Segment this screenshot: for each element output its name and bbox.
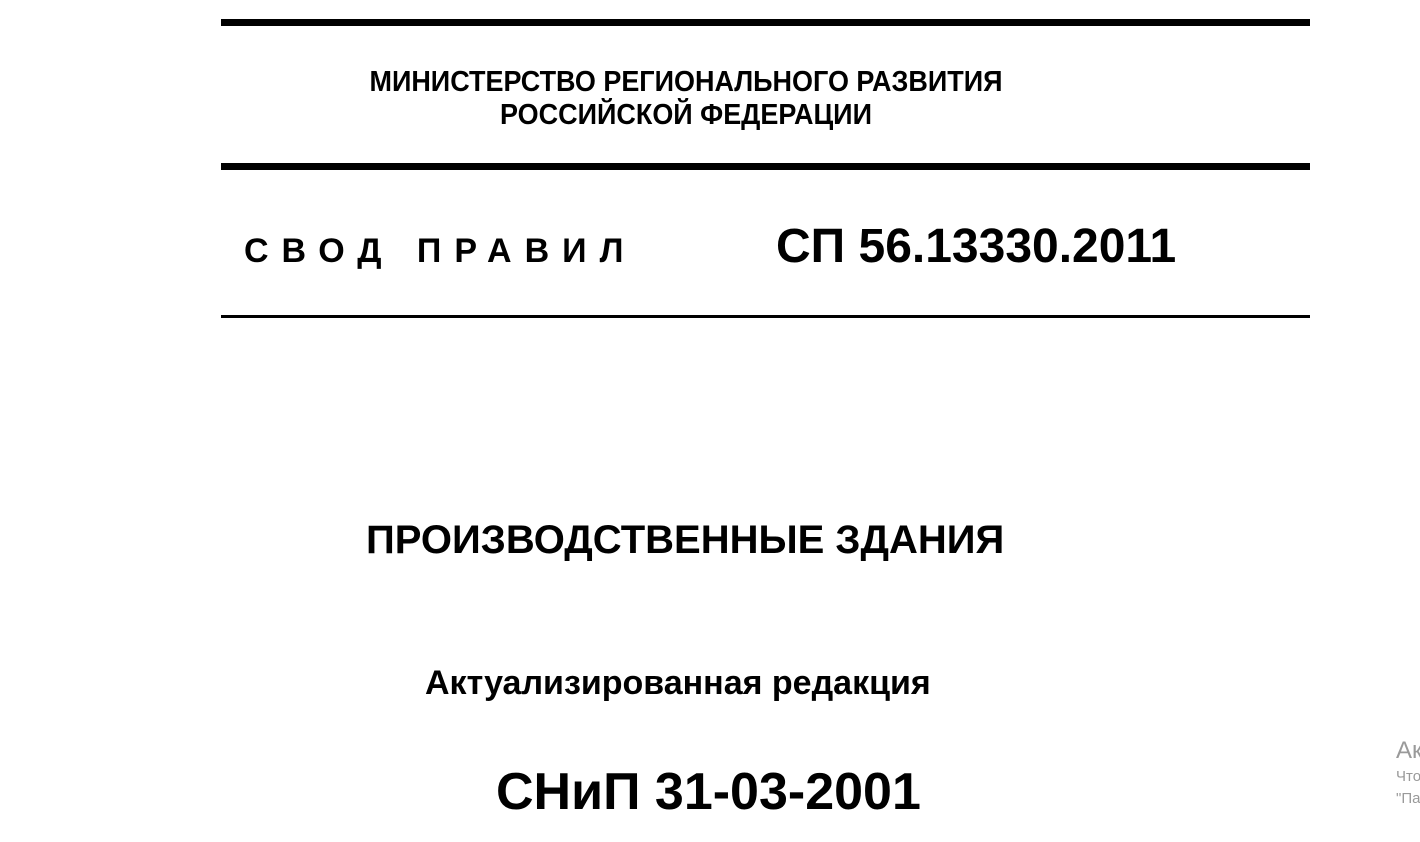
bottom-rule [221, 315, 1310, 318]
ministry-header: МИНИСТЕРСТВО РЕГИОНАЛЬНОГО РАЗВИТИЯ РОСС… [221, 66, 1151, 132]
windows-activation-watermark: Ак Что "Па [1396, 736, 1420, 810]
ministry-line-2: РОССИЙСКОЙ ФЕДЕРАЦИИ [221, 99, 1151, 132]
activation-line-1: Ак [1396, 736, 1420, 766]
document-title: ПРОИЗВОДСТВЕННЫЕ ЗДАНИЯ [366, 518, 1004, 563]
snip-code: СНиП 31-03-2001 [496, 762, 921, 822]
top-rule [221, 19, 1310, 26]
activation-line-3: "Па [1396, 788, 1420, 810]
ministry-line-1: МИНИСТЕРСТВО РЕГИОНАЛЬНОГО РАЗВИТИЯ [221, 66, 1151, 99]
document-code: СП 56.13330.2011 [776, 219, 1176, 274]
edition-label: Актуализированная редакция [425, 664, 931, 703]
svod-label: СВОД ПРАВИЛ [244, 232, 636, 271]
activation-line-2: Что [1396, 766, 1420, 788]
middle-rule [221, 163, 1310, 170]
